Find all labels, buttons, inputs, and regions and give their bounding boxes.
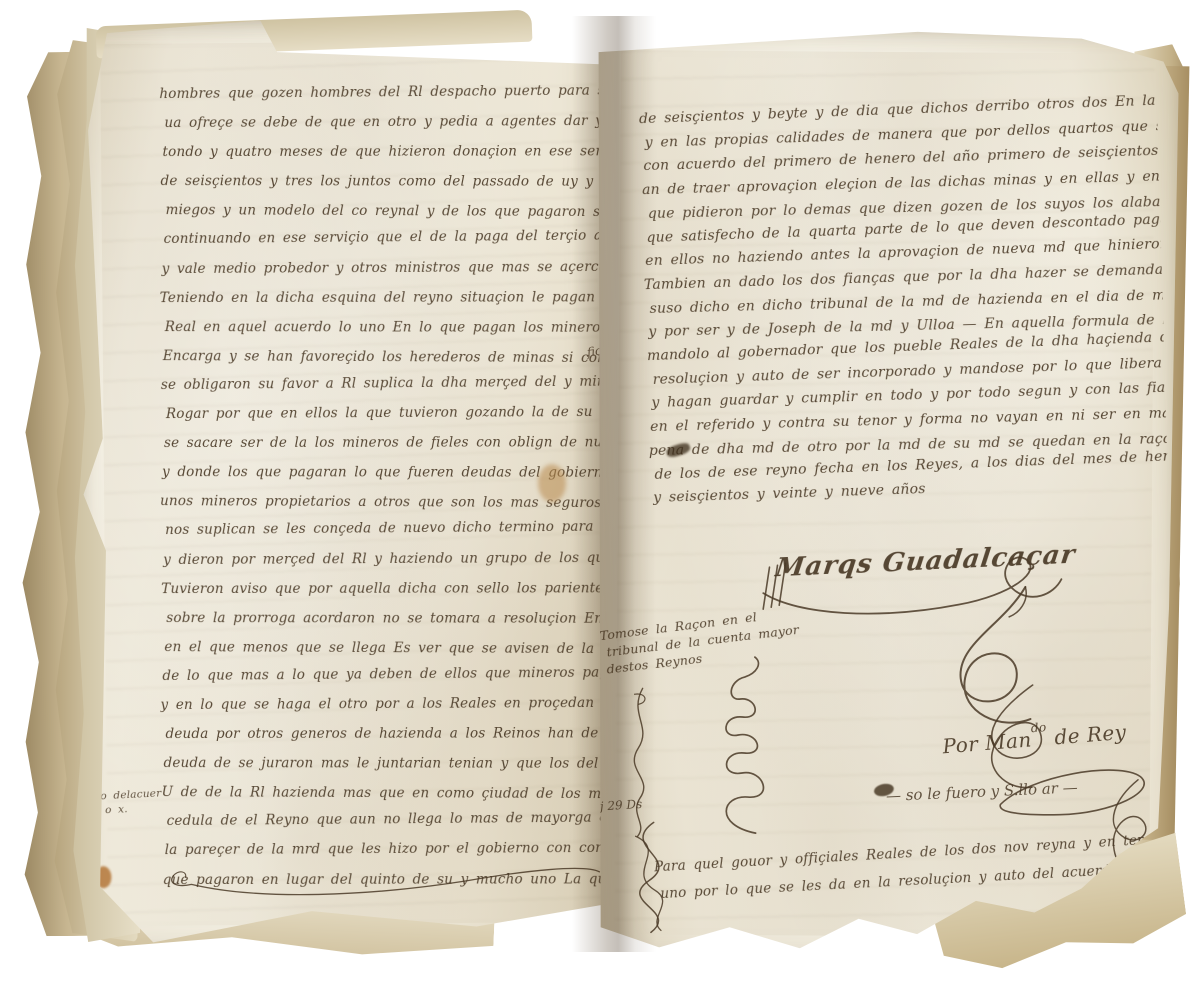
gutter-notation: j 29 Ds xyxy=(599,797,642,814)
manuscript-line: tondo y quatro meses de que hizieron don… xyxy=(162,137,611,167)
manuscript-line: y vale medio probedor y otros ministros … xyxy=(162,252,612,283)
manuscript-line: se obligaron su favor a Rl suplica la dh… xyxy=(161,367,612,400)
right-page: de seisçientos y beyte y de dia que dich… xyxy=(589,24,1182,964)
right-page-text: de seisçientos y beyte y de dia que dich… xyxy=(639,93,1170,544)
manuscript-line: cedula de el Reyno que aun no llega lo m… xyxy=(167,804,613,837)
manuscript-line: y dieron por merçed del Rl y haziendo un… xyxy=(163,543,612,574)
manuscript-line: de lo que mas a lo que ya deben de ellos… xyxy=(162,658,612,691)
manuscript-line: continuando en ese serviçio que el de la… xyxy=(164,222,612,255)
manuscript-line: deuda por otros generos de hazienda a lo… xyxy=(165,719,612,749)
manuscript-line: nos suplican se les conçeda de nuevo dic… xyxy=(165,513,612,546)
manuscript-line: Real en aquel acuerdo lo uno En lo que p… xyxy=(165,313,612,343)
left-page-text: hombres que gozen hombres del Rl despach… xyxy=(159,79,612,900)
left-page: hombres que gozen hombres del Rl despach… xyxy=(74,14,630,953)
manuscript-line: y en lo que se haga el otro por a los Re… xyxy=(160,689,612,720)
manuscript-line: y donde los que pagaran lo que fueren de… xyxy=(162,458,612,488)
manuscript-line: Tuvieron aviso que por aquella dicha con… xyxy=(161,574,612,604)
manuscript-photo: hombres que gozen hombres del Rl despach… xyxy=(0,0,1200,1007)
por-mandado-suffix: de Rey xyxy=(1053,720,1127,750)
manuscript-line: Rogar por que en ellos la que tuvieron g… xyxy=(166,398,612,429)
manuscript-line: de seisçientos y tres los juntos como de… xyxy=(161,167,612,197)
rubric-flourish xyxy=(608,684,673,840)
manuscript-line: ua ofreçe se debe de que en otro y pedia… xyxy=(164,107,611,138)
manuscript-line: se sacare ser de la los mineros de fiele… xyxy=(164,428,612,458)
manuscript-line: hombres que gozen hombres del Rl despach… xyxy=(159,79,611,109)
underline-flourish xyxy=(165,856,605,906)
por-mandado-superscript: do xyxy=(1030,720,1047,735)
manuscript-line: Teniendo en la dicha esquina del reyno s… xyxy=(160,283,612,313)
manuscript-line: deuda de se juraron mas le juntarian ten… xyxy=(164,749,613,779)
rubric-flourish xyxy=(692,653,803,840)
manuscript-line: sobre la prorroga acordaron no se tomara… xyxy=(166,604,612,634)
